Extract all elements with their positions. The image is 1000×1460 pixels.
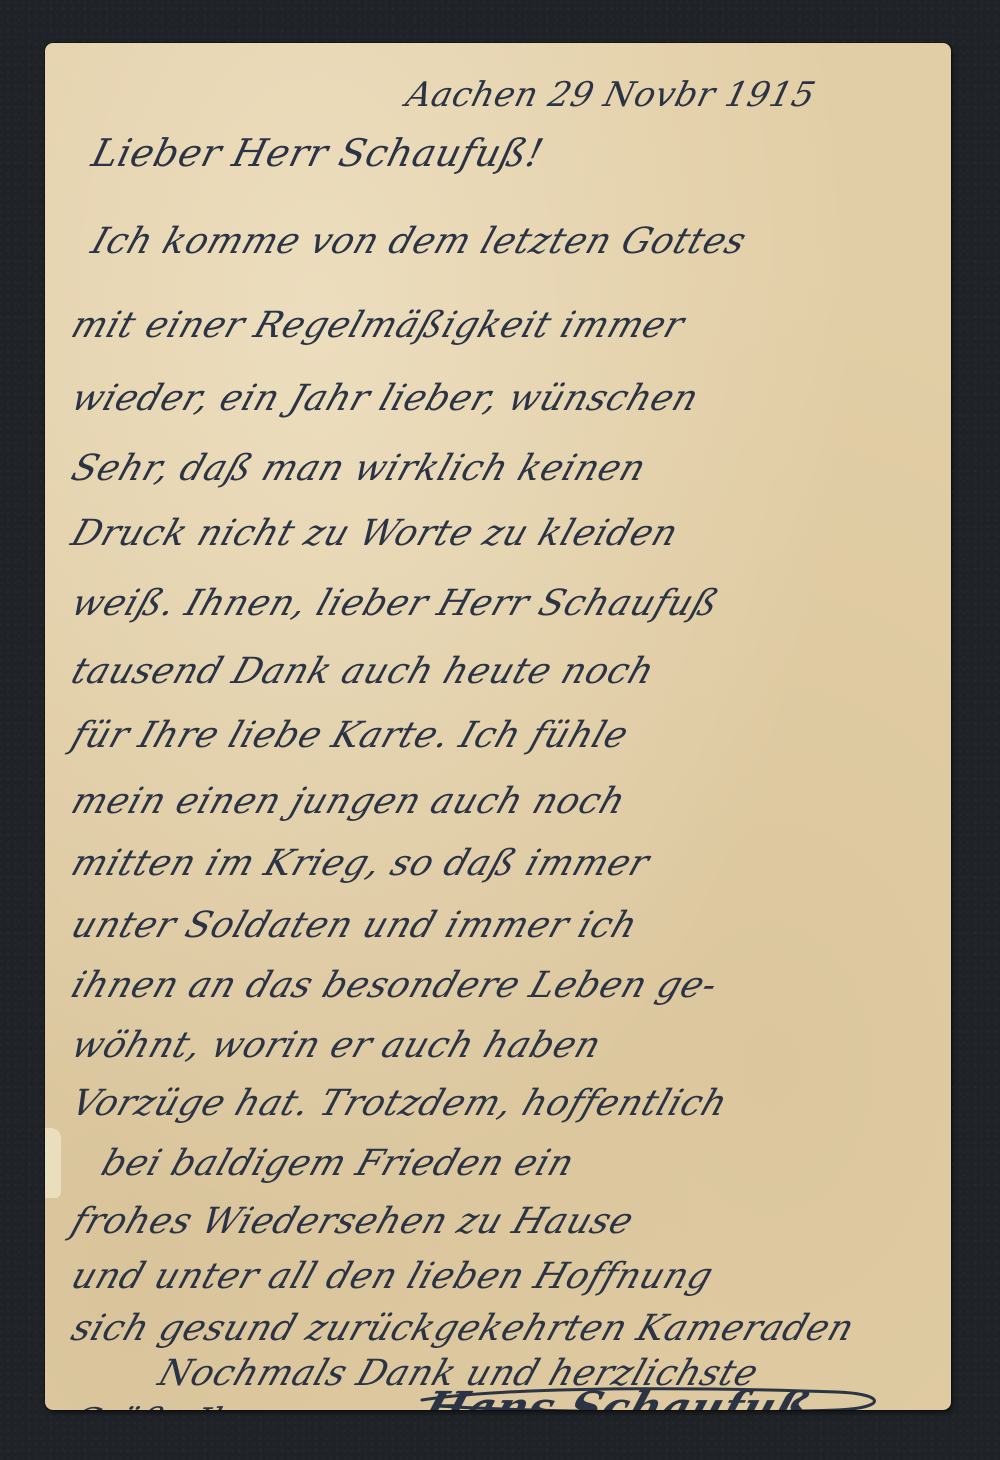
- closing: Grüße Ihr: [67, 1401, 255, 1410]
- body-line: ihnen an das besondere Leben ge-: [66, 965, 722, 1006]
- body-line: mein einen jungen auch noch: [66, 781, 631, 822]
- torn-edge: [45, 1128, 61, 1198]
- body-line: unter Soldaten und immer ich: [66, 905, 642, 946]
- salutation: Lieber Herr Schaufuß!: [88, 131, 549, 175]
- body-line: weiß. Ihnen, lieber Herr Schaufuß: [66, 583, 723, 624]
- body-line: für Ihre liebe Karte. Ich fühle: [66, 715, 633, 756]
- body-line: und unter all den lieben Hoffnung: [66, 1256, 718, 1297]
- body-line: sich gesund zurückgekehrten Kameraden: [66, 1308, 859, 1349]
- body-line: bei baldigem Frieden ein: [96, 1143, 579, 1184]
- body-line: frohes Wiedersehen zu Hause: [66, 1201, 639, 1242]
- place-date: Aachen 29 Novbr 1915: [402, 75, 819, 115]
- body-line: mit einer Regelmäßigkeit immer: [66, 305, 689, 346]
- body-line: wöhnt, worin er auch haben: [66, 1025, 606, 1066]
- body-line: Druck nicht zu Worte zu kleiden: [66, 513, 683, 554]
- postcard: Aachen 29 Novbr 1915 Lieber Herr Schaufu…: [45, 43, 951, 1410]
- signature-flourish-icon: [417, 1378, 897, 1410]
- body-line: mitten im Krieg, so daß immer: [66, 843, 654, 884]
- body-line: Sehr, daß man wirklich keinen: [66, 448, 651, 489]
- body-line: wieder, ein Jahr lieber, wünschen: [66, 378, 703, 419]
- body-line: Vorzüge hat. Trotzdem, hoffentlich: [66, 1083, 732, 1124]
- body-line: Ich komme von dem letzten Gottes: [86, 221, 751, 262]
- body-line: tausend Dank auch heute noch: [66, 651, 659, 692]
